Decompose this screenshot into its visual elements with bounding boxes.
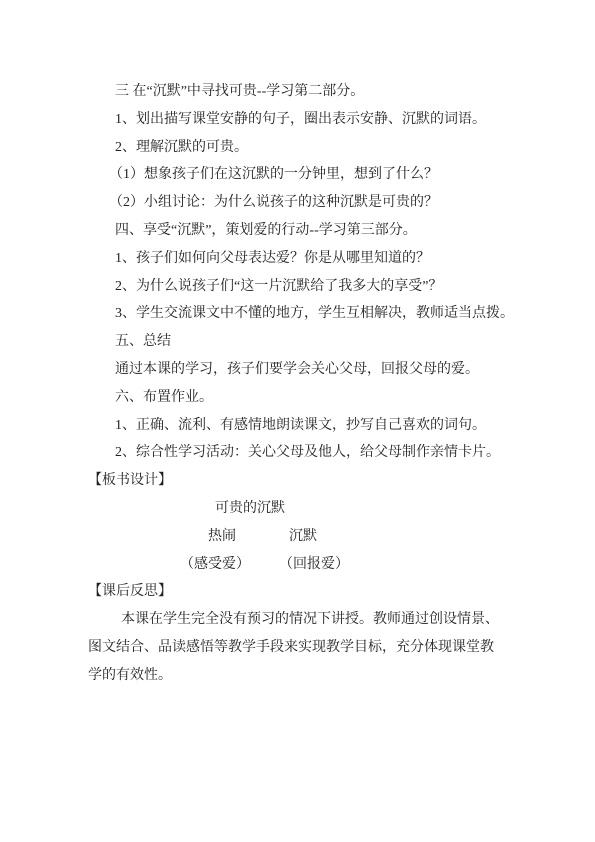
board-design-label: 【板书设计】 xyxy=(88,467,510,495)
section4-heading: 四、享受“沉默”，策划爱的行动--学习第三部分。 xyxy=(88,217,510,245)
board-right-note: （回报爱） xyxy=(286,557,349,572)
section3-heading: 三 在“沉默”中寻找可贵--学习第二部分。 xyxy=(88,78,510,106)
section5-body: 通过本课的学习，孩子们要学会关心父母，回报父母的爱。 xyxy=(88,356,510,384)
document-page: 三 在“沉默”中寻找可贵--学习第二部分。 1、划出描写课堂安静的句子，圈出表示… xyxy=(0,0,595,842)
reflection-line-3: 学的有效性。 xyxy=(88,662,510,690)
board-left-item: 热闹 xyxy=(208,529,236,544)
reflection-line-2: 图文结合、品读感悟等教学手段来实现教学目标，充分体现课堂教 xyxy=(88,634,510,662)
section4-item-1: 1、孩子们如何向父母表达爱？你是从哪里知道的？ xyxy=(88,245,510,273)
board-left-note: （感受爱） xyxy=(180,557,250,572)
board-design-notes: （感受爱）（回报爱） xyxy=(88,551,510,579)
section4-item-3: 3、学生交流课文中不懂的地方，学生互相解决，教师适当点拨。 xyxy=(88,300,510,328)
section3-item-2-sub-1: （1）想象孩子们在这沉默的一分钟里，想到了什么？ xyxy=(88,161,510,189)
section5-heading: 五、总结 xyxy=(88,328,510,356)
board-right-item: 沉默 xyxy=(289,529,317,544)
section3-item-1: 1、划出描写课堂安静的句子，圈出表示安静、沉默的词语。 xyxy=(88,106,510,134)
reflection-label: 【课后反思】 xyxy=(88,578,510,606)
section4-item-2: 2、为什么说孩子们“这一片沉默给了我多大的享受”？ xyxy=(88,273,510,301)
board-design-items: 热闹沉默 xyxy=(88,523,510,551)
section6-item-2: 2、综合性学习活动：关心父母及他人，给父母制作亲情卡片。 xyxy=(88,439,510,467)
section3-item-2-sub-2: （2）小组讨论：为什么说孩子的这种沉默是可贵的？ xyxy=(88,189,510,217)
section3-item-2: 2、理解沉默的可贵。 xyxy=(88,134,510,162)
lesson-plan-body: 三 在“沉默”中寻找可贵--学习第二部分。 1、划出描写课堂安静的句子，圈出表示… xyxy=(88,78,510,690)
reflection-line-1: 本课在学生完全没有预习的情况下讲授。教师通过创设情景、 xyxy=(88,606,510,634)
section6-heading: 六、布置作业。 xyxy=(88,384,510,412)
board-design-title: 可贵的沉默 xyxy=(88,495,510,523)
section6-item-1: 1、正确、流利、有感情地朗读课文，抄写自己喜欢的词句。 xyxy=(88,412,510,440)
